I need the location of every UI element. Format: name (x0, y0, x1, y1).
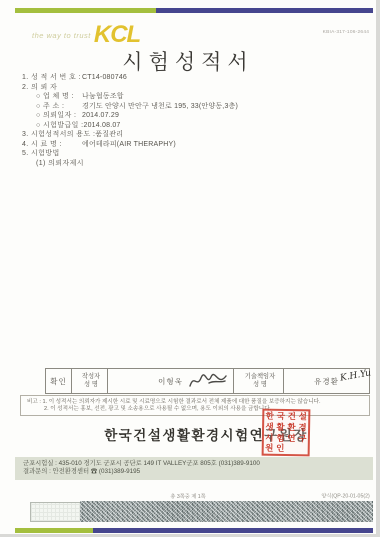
writer-signature-icon (187, 370, 229, 392)
kcl-logo-text: KCL (94, 24, 140, 46)
writer-name: 이형욱 (158, 376, 183, 387)
field-address: ○ 주 소 :경기도 안양시 만안구 냉천로 195, 33(안양동,3층) (22, 102, 238, 112)
confirm-cell: 확인 (46, 369, 72, 393)
field-report-number: 1. 성 적 서 번 호 :CT14-080746 (22, 73, 238, 83)
tech-signature-icon: K.H.Yu (339, 368, 372, 383)
remarks-box: 비고 : 1. 이 성적서는 의뢰자가 제시한 시료 및 시료명으로 시험한 결… (20, 395, 370, 416)
kcl-logo: the way to trust KCL (32, 24, 140, 46)
test-report-page: the way to trust KCL KBIA-317-106-2644 시… (0, 0, 380, 537)
field-company-name: ○ 업 체 명 :나눔협동조합 (22, 92, 238, 102)
top-bar-navy (156, 8, 373, 13)
footer-lab-address: 군포시험실 : 435-010 경기도 군포시 공단로 149 IT VALLE… (23, 460, 373, 469)
page-indicator: 총 3쪽중 제 1쪽 (19, 491, 357, 499)
field-request-date: ○ 의뢰일자 :2014.07.29 (22, 111, 238, 121)
report-fields: 1. 성 적 서 번 호 :CT14-080746 2. 의 뢰 자 ○ 업 체… (22, 73, 238, 168)
footer-contact: 결과문의 : 안전환경센터 ☎ (031)389-9195 (23, 468, 373, 477)
field-test-method-heading: 5. 시험방법 (22, 149, 238, 159)
logo-tagline: the way to trust (32, 31, 91, 46)
signature-table: 확인 작성자 성 명 이형욱 기술책임자 성 명 유경환 K.H.Yu (45, 368, 370, 394)
field-client-heading: 2. 의 뢰 자 (22, 83, 238, 93)
form-number: 양식(QP-20-01-05(2) (322, 491, 370, 499)
tech-role-cell: 기술책임자 성 명 (234, 369, 284, 393)
field-test-method-item: (1) 의뢰자제시 (22, 159, 238, 169)
barcode-label-box (30, 502, 82, 522)
field-issue-date: ○ 시험발급일 :2014.08.07 (22, 121, 238, 131)
organization-name: 한국건설생활환경시험연구원장 (0, 424, 376, 444)
remarks-line-2: 2. 이 성적서는 홍보, 선전, 광고 및 소송용으로 사용될 수 없으며, … (27, 406, 369, 413)
bottom-bar-green (15, 528, 93, 533)
page-title: 시험성적서 (0, 46, 376, 76)
scan-noise-strip (80, 501, 373, 522)
field-purpose: 3. 시험성적서의 용도 :품질관리 (22, 130, 238, 140)
tech-name-cell: 유경환 K.H.Yu (284, 369, 369, 393)
writer-role-cell: 작성자 성 명 (72, 369, 108, 393)
field-sample-name: 4. 시 료 명 :에어테라피(AIR THERAPHY) (22, 140, 238, 150)
top-bar-green (15, 8, 156, 13)
bottom-bar-navy (93, 528, 373, 533)
doc-control-number: KBIA-317-106-2644 (322, 30, 369, 35)
footer-address-block: 군포시험실 : 435-010 경기도 군포시 공단로 149 IT VALLE… (15, 457, 373, 480)
tech-name: 유경환 (314, 376, 339, 387)
writer-name-cell: 이형욱 (108, 369, 234, 393)
official-seal-stamp: 한국건설 생활환경 시험연구 원인 (262, 409, 311, 457)
